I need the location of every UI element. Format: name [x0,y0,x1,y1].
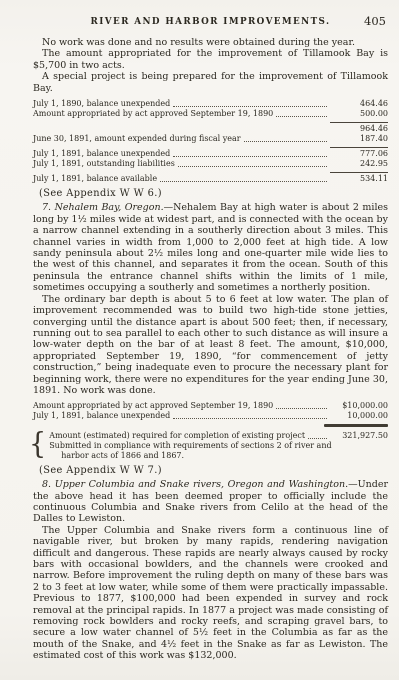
section-8-number: 8. [42,479,55,490]
intro-paragraph-3: A special project is being prepared for … [33,71,388,94]
estimate-note: { Amount (estimated) required for comple… [33,431,388,460]
appendix-note-1: (See Appendix W W 6.) [33,188,388,199]
account-row: July 1, 1891, outstanding liabilities 24… [33,159,388,169]
account-value: 242.95 [330,159,388,169]
account-table-tillamook: July 1, 1890, balance unexpended 464.46 … [33,99,388,184]
estimate-value: 321,927.50 [330,431,388,441]
account-label: July 1, 1891, balance available [33,174,157,184]
estimate-label: Amount (estimated) required for completi… [49,431,305,441]
account-row: July 1, 1891, balance available 534.11 [33,172,388,184]
estimate-compliance-text: Submitted in compliance with requirement… [49,441,353,461]
account-value: 964.46 [330,122,388,134]
section-7-title: Nehalem Bay, Oregon. [55,202,164,213]
account-table-nehalem: Amount appropriated by act approved Sept… [33,401,388,421]
account-row: 964.46 [33,122,388,134]
estimate-row: Amount (estimated) required for completi… [49,431,388,441]
account-label: July 1, 1890, balance unexpended [33,99,170,109]
account-value: 500.00 [330,109,388,119]
section-7-paragraph-2: The ordinary bar depth is about 5 to 6 f… [33,294,388,397]
brace-icon: { [29,430,46,460]
account-label: June 30, 1891, amount expended during fi… [33,134,241,144]
scanned-book-page: RIVER AND HARBOR IMPROVEMENTS. 405 No wo… [0,0,399,680]
page-number: 405 [364,15,386,27]
dot-leader [173,418,327,419]
account-row: July 1, 1891, balance unexpended 777.06 [33,147,388,159]
section-8-paragraph: 8. Upper Columbia and Snake rivers, Oreg… [33,479,388,525]
account-value: 534.11 [330,172,388,184]
account-row: Amount appropriated by act approved Sept… [33,401,388,411]
account-row: June 30, 1891, amount expended during fi… [33,134,388,144]
dot-leader [276,116,327,117]
intro-paragraph-2: The amount appropriated for the improvem… [33,48,388,71]
estimate-note-lines: Amount (estimated) required for completi… [49,431,388,460]
dot-leader [308,438,327,439]
account-value: 777.06 [330,147,388,159]
dot-leader [276,408,327,409]
account-closing-rule [324,424,388,427]
section-8-paragraph-2: The Upper Columbia and Snake rivers form… [33,525,388,662]
account-value: 464.46 [330,99,388,109]
section-8-title: Upper Columbia and Snake rivers, Oregon … [55,479,348,490]
account-row: Amount appropriated by act approved Sept… [33,109,388,119]
page-title: RIVER AND HARBOR IMPROVEMENTS. [91,17,331,27]
account-value: 10,000.00 [330,411,388,421]
section-7-body: —Nehalem Bay at high water is about 2 mi… [33,202,388,293]
appendix-note-2: (See Appendix W W 7.) [33,465,388,476]
account-label: July 1, 1891, balance unexpended [33,411,170,421]
account-label: Amount appropriated by act approved Sept… [33,109,273,119]
account-label: July 1, 1891, balance unexpended [33,149,170,159]
account-row: July 1, 1890, balance unexpended 464.46 [33,99,388,109]
section-7-paragraph: 7. Nehalem Bay, Oregon.—Nehalem Bay at h… [33,202,388,293]
intro-paragraph-1: No work was done and no results were obt… [33,37,388,48]
account-value: $10,000.00 [330,401,388,411]
dot-leader [178,166,327,167]
account-label: Amount appropriated by act approved Sept… [33,401,273,411]
dot-leader [173,156,327,157]
account-value: 187.40 [330,134,388,144]
account-row: July 1, 1891, balance unexpended 10,000.… [33,411,388,421]
account-label: July 1, 1891, outstanding liabilities [33,159,175,169]
dot-leader [160,181,327,182]
dot-leader [173,106,327,107]
dot-leader [244,141,327,142]
section-7-number: 7. [42,202,55,213]
page-header: RIVER AND HARBOR IMPROVEMENTS. 405 [33,16,388,28]
